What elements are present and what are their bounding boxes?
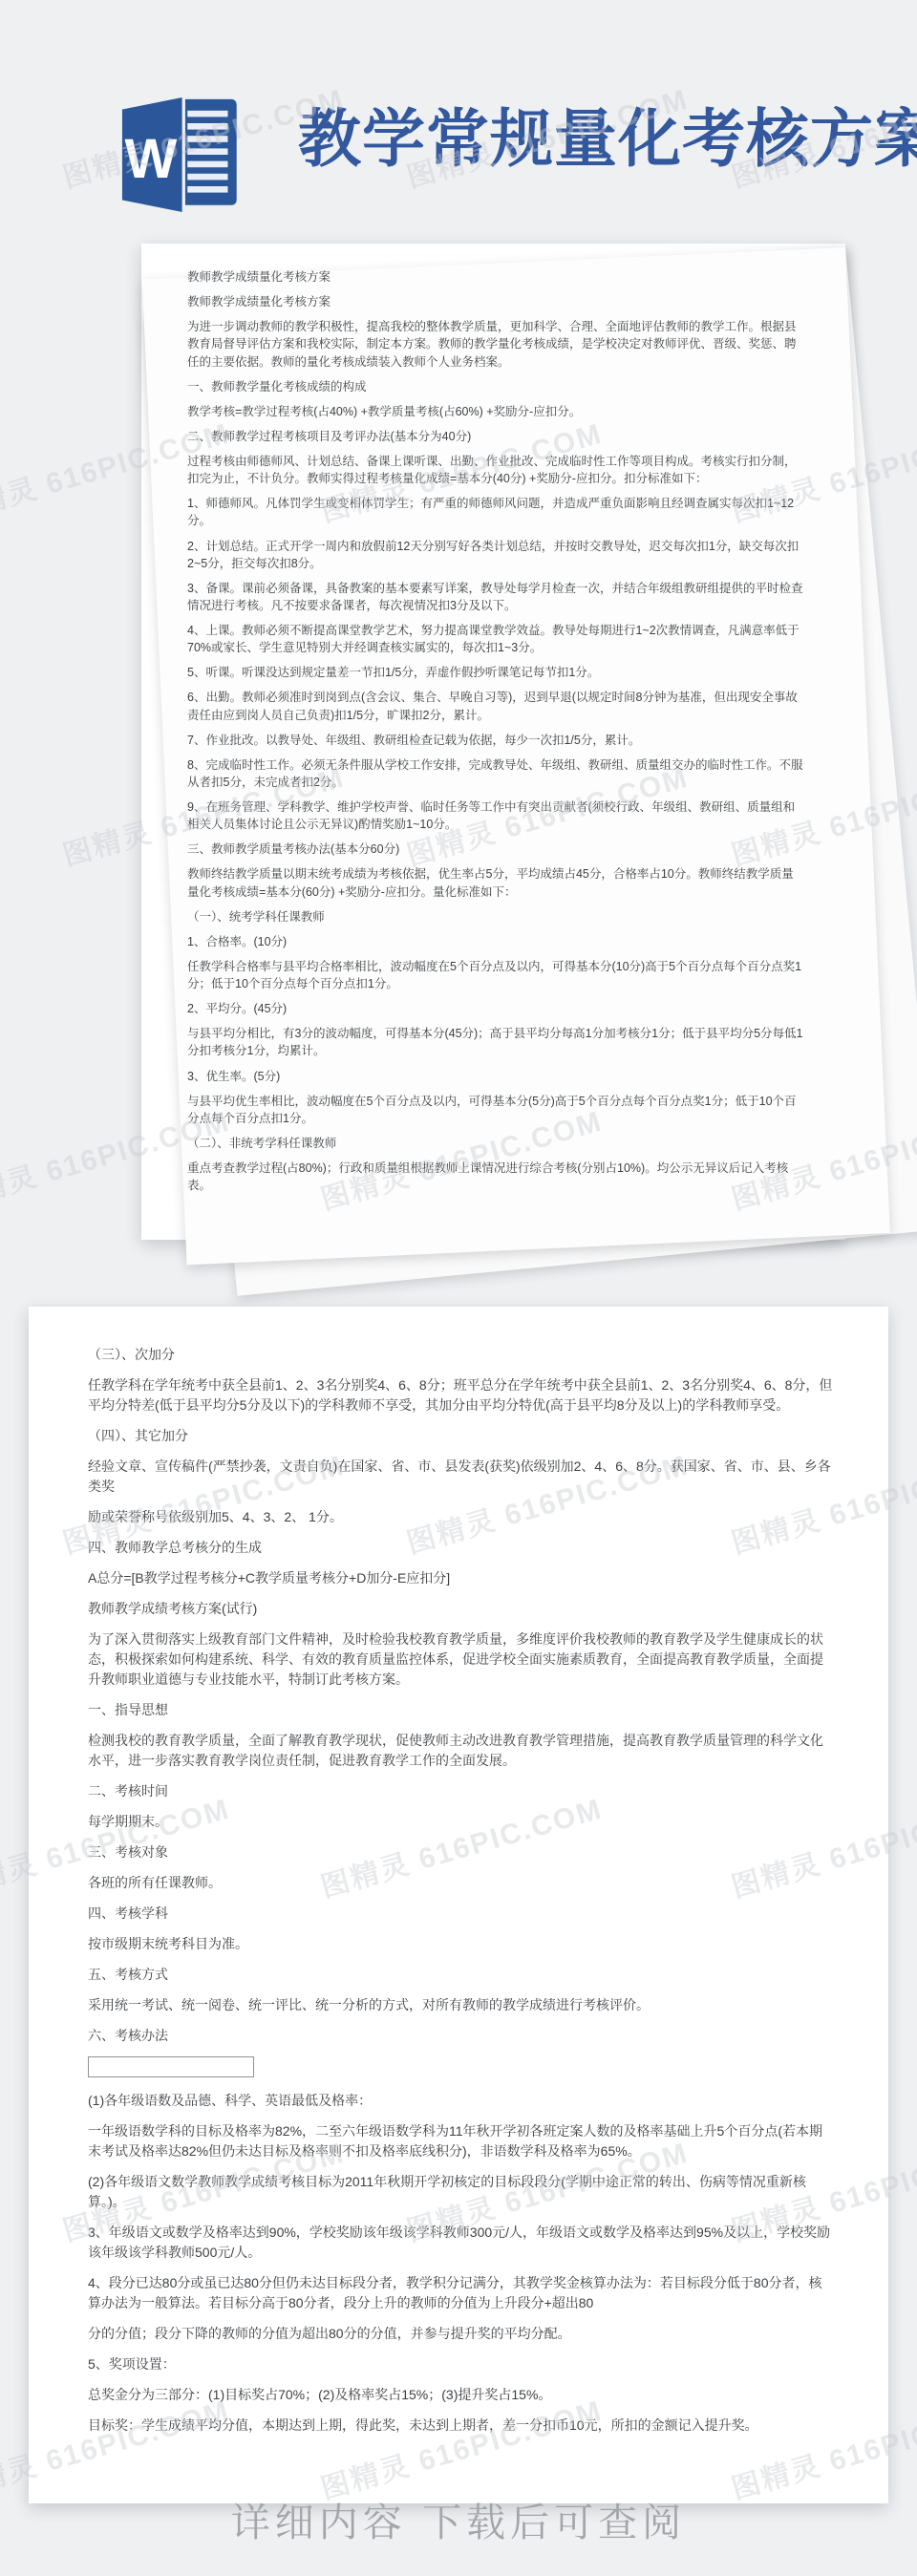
document-paragraph: 一、指导思想 (88, 1700, 833, 1720)
document-paragraph: 教师教学成绩考核方案(试行) (88, 1599, 833, 1619)
document-paragraph: 与县平均优生率相比，波动幅度在5个百分点及以内，可得基本分(5分)高于5个百分点… (187, 1093, 803, 1127)
document-paragraph: 六、考核办法 (88, 2026, 833, 2046)
document-paragraph: 目标奖：学生成绩平均分值，本期达到上期，得此奖，未达到上期者，差一分扣币10元，… (88, 2416, 833, 2436)
document-paragraph: A总分=[B教学过程考核分+C教学质量考核分+D加分-E应扣分] (88, 1568, 833, 1588)
document-paragraph: (1)各年级语数及品德、科学、英语最低及格率： (88, 2091, 833, 2111)
document-paragraph: 三、教师教学质量考核办法(基本分60分) (187, 841, 803, 858)
document-paragraph: 经验文章、宣传稿件(严禁抄袭，文责自负)在国家、省、市、县发表(获奖)依级别加2… (88, 1457, 833, 1497)
empty-text-box (88, 2056, 254, 2077)
document-paragraph: 三、考核对象 (88, 1842, 833, 1863)
document-paragraph: 重点考查教学过程(占80%)；行政和质量组根据教师上课情况进行综合考核(分别占1… (187, 1160, 803, 1194)
document-paragraph: 为进一步调动教师的教学积极性，提高我校的整体教学质量，更加科学、合理、全面地评估… (187, 318, 803, 370)
document-paragraph: 四、教师教学总考核分的生成 (88, 1538, 833, 1558)
document-paragraph: 任教学科合格率与县平均合格率相比，波动幅度在5个百分点及以内，可得基本分(10分… (187, 958, 803, 992)
document-page-1[interactable]: 教师教学成绩量化考核方案教师教学成绩量化考核方案为进一步调动教师的教学积极性，提… (141, 244, 845, 1240)
document-paragraph: 任教学科在学年统考中获全县前1、2、3名分别奖4、6、8分；班平总分在学年统考中… (88, 1375, 833, 1416)
document-paragraph: 2、计划总结。正式开学一周内和放假前12天分别写好各类计划总结，并按时交教导处，… (187, 538, 803, 572)
document-paragraph: (2)各年级语文数学教师教学成绩考核目标为2011年秋期开学初核定的目标段段分(… (88, 2172, 833, 2212)
document-paragraph: 检测我校的教育教学质量，全面了解教育教学现状，促使教师主动改进教育教学管理措施，… (88, 1731, 833, 1771)
document-paragraph: 各班的所有任课教师。 (88, 1873, 833, 1893)
document-paragraph: 每学期期末。 (88, 1812, 833, 1832)
document-paragraph: 一年级语数学科的目标及格率为82%，二至六年级语数学科为11年秋开学初各班定案人… (88, 2121, 833, 2161)
document-paragraph: 按市级期末统考科目为准。 (88, 1934, 833, 1954)
document-paragraph: 7、作业批改。以教导处、年级组、教研组检查记载为依据，每少一次扣1/5分，累计。 (187, 732, 803, 749)
document-page-2[interactable]: （三）、次加分任教学科在学年统考中获全县前1、2、3名分别奖4、6、8分；班平总… (29, 1307, 888, 2503)
document-paragraph: 二、考核时间 (88, 1781, 833, 1801)
document-paragraph: 分的分值；段分下降的教师的分值为超出80分的分值，并参与提升奖的平均分配。 (88, 2324, 833, 2344)
document-paragraph: 一、教师教学量化考核成绩的构成 (187, 378, 803, 395)
document-paragraph: 过程考核由师德师风、计划总结、备课上课听课、出勤、作业批改、完成临时性工作等项目… (187, 453, 803, 487)
document-paragraph: 5、听课。听课没达到规定量差一节扣1/5分，弄虚作假抄听课笔记每节扣1分。 (187, 664, 803, 681)
document-paragraph: 2、平均分。(45分) (187, 1000, 803, 1017)
document-paragraph: 四、考核学科 (88, 1904, 833, 1924)
document-paragraph: 与县平均分相比，有3分的波动幅度，可得基本分(45分)；高于县平均分每高1分加考… (187, 1025, 803, 1059)
document-paragraph: （一）、统考学科任课教师 (187, 908, 803, 926)
document-paragraph: 9、在班务管理、学科教学、维护学校声誉、临时任务等工作中有突出贡献者(须校行政、… (187, 798, 803, 833)
document-paragraph: （二）、非统考学科任课教师 (187, 1135, 803, 1152)
document-paragraph: 5、奖项设置： (88, 2354, 833, 2374)
document-paragraph: 五、考核方式 (88, 1965, 833, 1985)
document-paragraph: （三）、次加分 (88, 1345, 833, 1365)
document-paragraph: 3、备课。课前必须备课，具备教案的基本要素写详案，教导处每学月检查一次，并结合年… (187, 580, 803, 614)
document-paragraph: 二、教师教学过程考核项目及考评办法(基本分为40分) (187, 428, 803, 445)
document-paragraph: 教学考核=教学过程考核(占40%) +教学质量考核(占60%) +奖励分-应扣分… (187, 403, 803, 420)
document-paragraph: 6、出勤。教师必须准时到岗到点(含会议、集合、早晚自习等)，迟到早退(以规定时间… (187, 689, 803, 723)
document-paragraph: 1、合格率。(10分) (187, 933, 803, 950)
document-paragraph: 3、年级语文或数学及格率达到90%，学校奖励该年级该学科教师300元/人，年级语… (88, 2223, 833, 2263)
document-paragraph: 4、上课。教师必须不断提高课堂教学艺术，努力提高课堂教学效益。教导处每期进行1~… (187, 622, 803, 656)
document-paragraph: 为了深入贯彻落实上级教育部门文件精神，及时检验我校教育教学质量，多维度评价我校教… (88, 1629, 833, 1690)
page1-content: 教师教学成绩量化考核方案教师教学成绩量化考核方案为进一步调动教师的教学积极性，提… (187, 268, 803, 1194)
document-paragraph: 教师教学成绩量化考核方案 (187, 293, 803, 310)
word-icon: W (113, 92, 245, 218)
document-paragraph: 1、师德师风。凡体罚学生或变相体罚学生；有严重的师德师风问题，并造成严重负面影响… (187, 495, 803, 529)
word-icon-letter: W (125, 128, 178, 190)
page-title: 教学常规量化考核方案 (298, 92, 917, 186)
document-paragraph: 4、段分已达80分或虽已达80分但仍未达目标段分者，教学积分记满分，其教学奖金核… (88, 2273, 833, 2313)
document-paragraph: 总奖金分为三部分：(1)目标奖占70%；(2)及格率奖占15%；(3)提升奖占1… (88, 2385, 833, 2405)
document-paragraph: 采用统一考试、统一阅卷、统一评比、统一分析的方式，对所有教师的教学成绩进行考核评… (88, 1995, 833, 2015)
document-paragraph: 励或荣誉称号依级别加5、4、3、2、 1分。 (88, 1507, 833, 1527)
document-paragraph: 3、优生率。(5分) (187, 1068, 803, 1085)
page2-content-bottom: (1)各年级语数及品德、科学、英语最低及格率：一年级语数学科的目标及格率为82%… (88, 2091, 833, 2436)
document-paragraph: 8、完成临时性工作。必须无条件服从学校工作安排，完成教导处、年级组、教研组、质量… (187, 756, 803, 791)
document-paragraph: 教师教学成绩量化考核方案 (187, 268, 803, 286)
document-paragraph: （四）、其它加分 (88, 1426, 833, 1446)
header: W 教学常规量化考核方案 (0, 0, 917, 244)
footer-caption: 详细内容 下载后可查阅 (0, 2491, 917, 2547)
page2-content-top: （三）、次加分任教学科在学年统考中获全县前1、2、3名分别奖4、6、8分；班平总… (88, 1345, 833, 2046)
document-paragraph: 教师终结教学质量以期末统考成绩为考核依据，优生率占5分，平均成绩占45分，合格率… (187, 865, 803, 900)
